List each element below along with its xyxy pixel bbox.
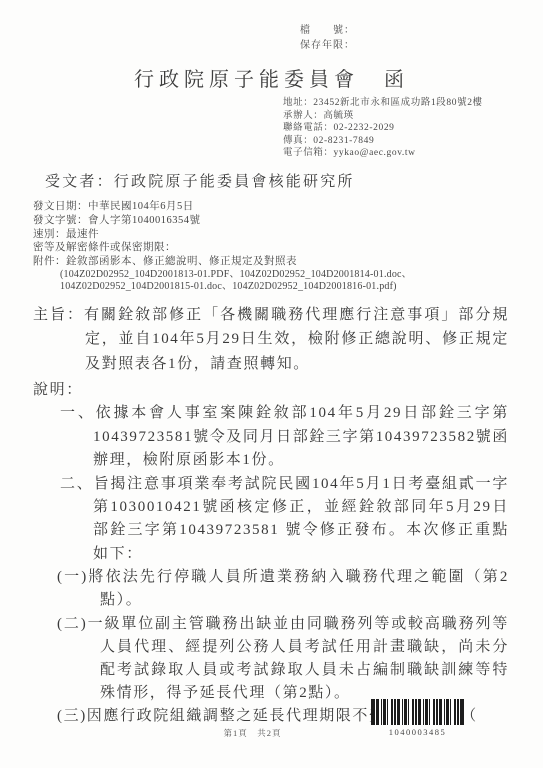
reference-number-line: 發文字號：會人字第1040016354號 [33, 214, 509, 228]
explanation-label: 說明： [33, 378, 509, 402]
priority-line: 速別：最速件 [33, 228, 509, 242]
classification-line: 密等及解密條件或保密期限： [33, 241, 509, 255]
file-number-label: 檔 號： [300, 24, 355, 39]
sender-contact-block: 地址：23452新北市永和區成功路1段80號2樓 承辦人：高毓瑛 聯絡電話：02… [283, 97, 483, 160]
attachment-filenames: (104Z02D02952_104D2001813-01.PDF、104Z02D… [60, 269, 509, 294]
recipient-line: 受文者：行政院原子能委員會核能研究所 [45, 172, 509, 193]
contact-phone: 聯絡電話：02-2232-2029 [283, 122, 483, 135]
subitem-number: (二) [57, 616, 87, 632]
contact-person: 承辦人：高毓瑛 [283, 110, 483, 123]
item-number: 二、 [60, 476, 94, 492]
item-text: 依據本會人事室案陳銓敘部104年5月29日部銓三字第10439723581號令及… [93, 405, 509, 468]
subitem-text: 將依法先行停職人員所遺業務納入職務代理之範圍（第2點）。 [88, 569, 509, 608]
item-number: 一、 [60, 405, 96, 421]
attachment-filenames-line-1: (104Z02D02952_104D2001813-01.PDF、104Z02D… [60, 269, 509, 281]
document-title: 行政院原子能委員會 函 [0, 63, 543, 92]
barcode: 1040003485 [371, 699, 464, 737]
subitem-text: 一級單位副主管職務出缺並由同職務列等或較高職務列等人員代理、經提列公務人員考試任… [87, 616, 509, 702]
subitem-number: (一) [57, 569, 88, 585]
subitem-number: (三) [57, 708, 87, 724]
contact-fax: 傳真：02-8231-7849 [283, 135, 483, 148]
explanation-item-1: 一、依據本會人事室案陳銓敘部104年5月29日部銓三字第10439723581號… [33, 402, 509, 472]
subject-paragraph: 主旨：有關銓敘部修正「各機關職務代理應行注意事項」部分規定，並自104年5月29… [33, 303, 509, 377]
attachment-filenames-line-2: 104Z02D02952_104D2001815-01.doc、104Z02D0… [60, 281, 509, 293]
barcode-image [371, 699, 464, 725]
item-text: 旨揭注意事項業奉考試院民國104年5月1日考臺組貳一字第1030010421號函… [93, 476, 509, 562]
contact-email: 電子信箱：yykao@aec.gov.tw [283, 147, 483, 160]
official-letter-page: 檔 號： 保存年限： 行政院原子能委員會 函 地址：23452新北市永和區成功路… [0, 0, 543, 768]
attachment-line: 附件：銓敘部函影本、修正總說明、修正規定及對照表 [33, 255, 509, 269]
sender-address: 地址：23452新北市永和區成功路1段80號2樓 [283, 97, 483, 110]
retention-period-label: 保存年限： [300, 39, 355, 54]
explanation-subitem-1: (一)將依法先行停職人員所遺業務納入職務代理之範圍（第2點）。 [33, 566, 509, 612]
letter-body: 受文者：行政院原子能委員會核能研究所 發文日期：中華民國104年6月5日 發文字… [0, 172, 543, 729]
explanation-subitem-2: (二)一級單位副主管職務出缺並由同職務列等或較高職務列等人員代理、經提列公務人員… [33, 613, 509, 706]
issue-date-line: 發文日期：中華民國104年6月5日 [33, 200, 509, 214]
subject-label: 主旨： [33, 307, 84, 323]
explanation-item-2: 二、旨揭注意事項業奉考試院民國104年5月1日考臺組貳一字第1030010421… [33, 473, 509, 567]
file-number-block: 檔 號： 保存年限： [300, 24, 355, 53]
barcode-number: 1040003485 [371, 727, 464, 737]
subject-text: 有關銓敘部修正「各機關職務代理應行注意事項」部分規定，並自104年5月29日生效… [84, 307, 509, 372]
